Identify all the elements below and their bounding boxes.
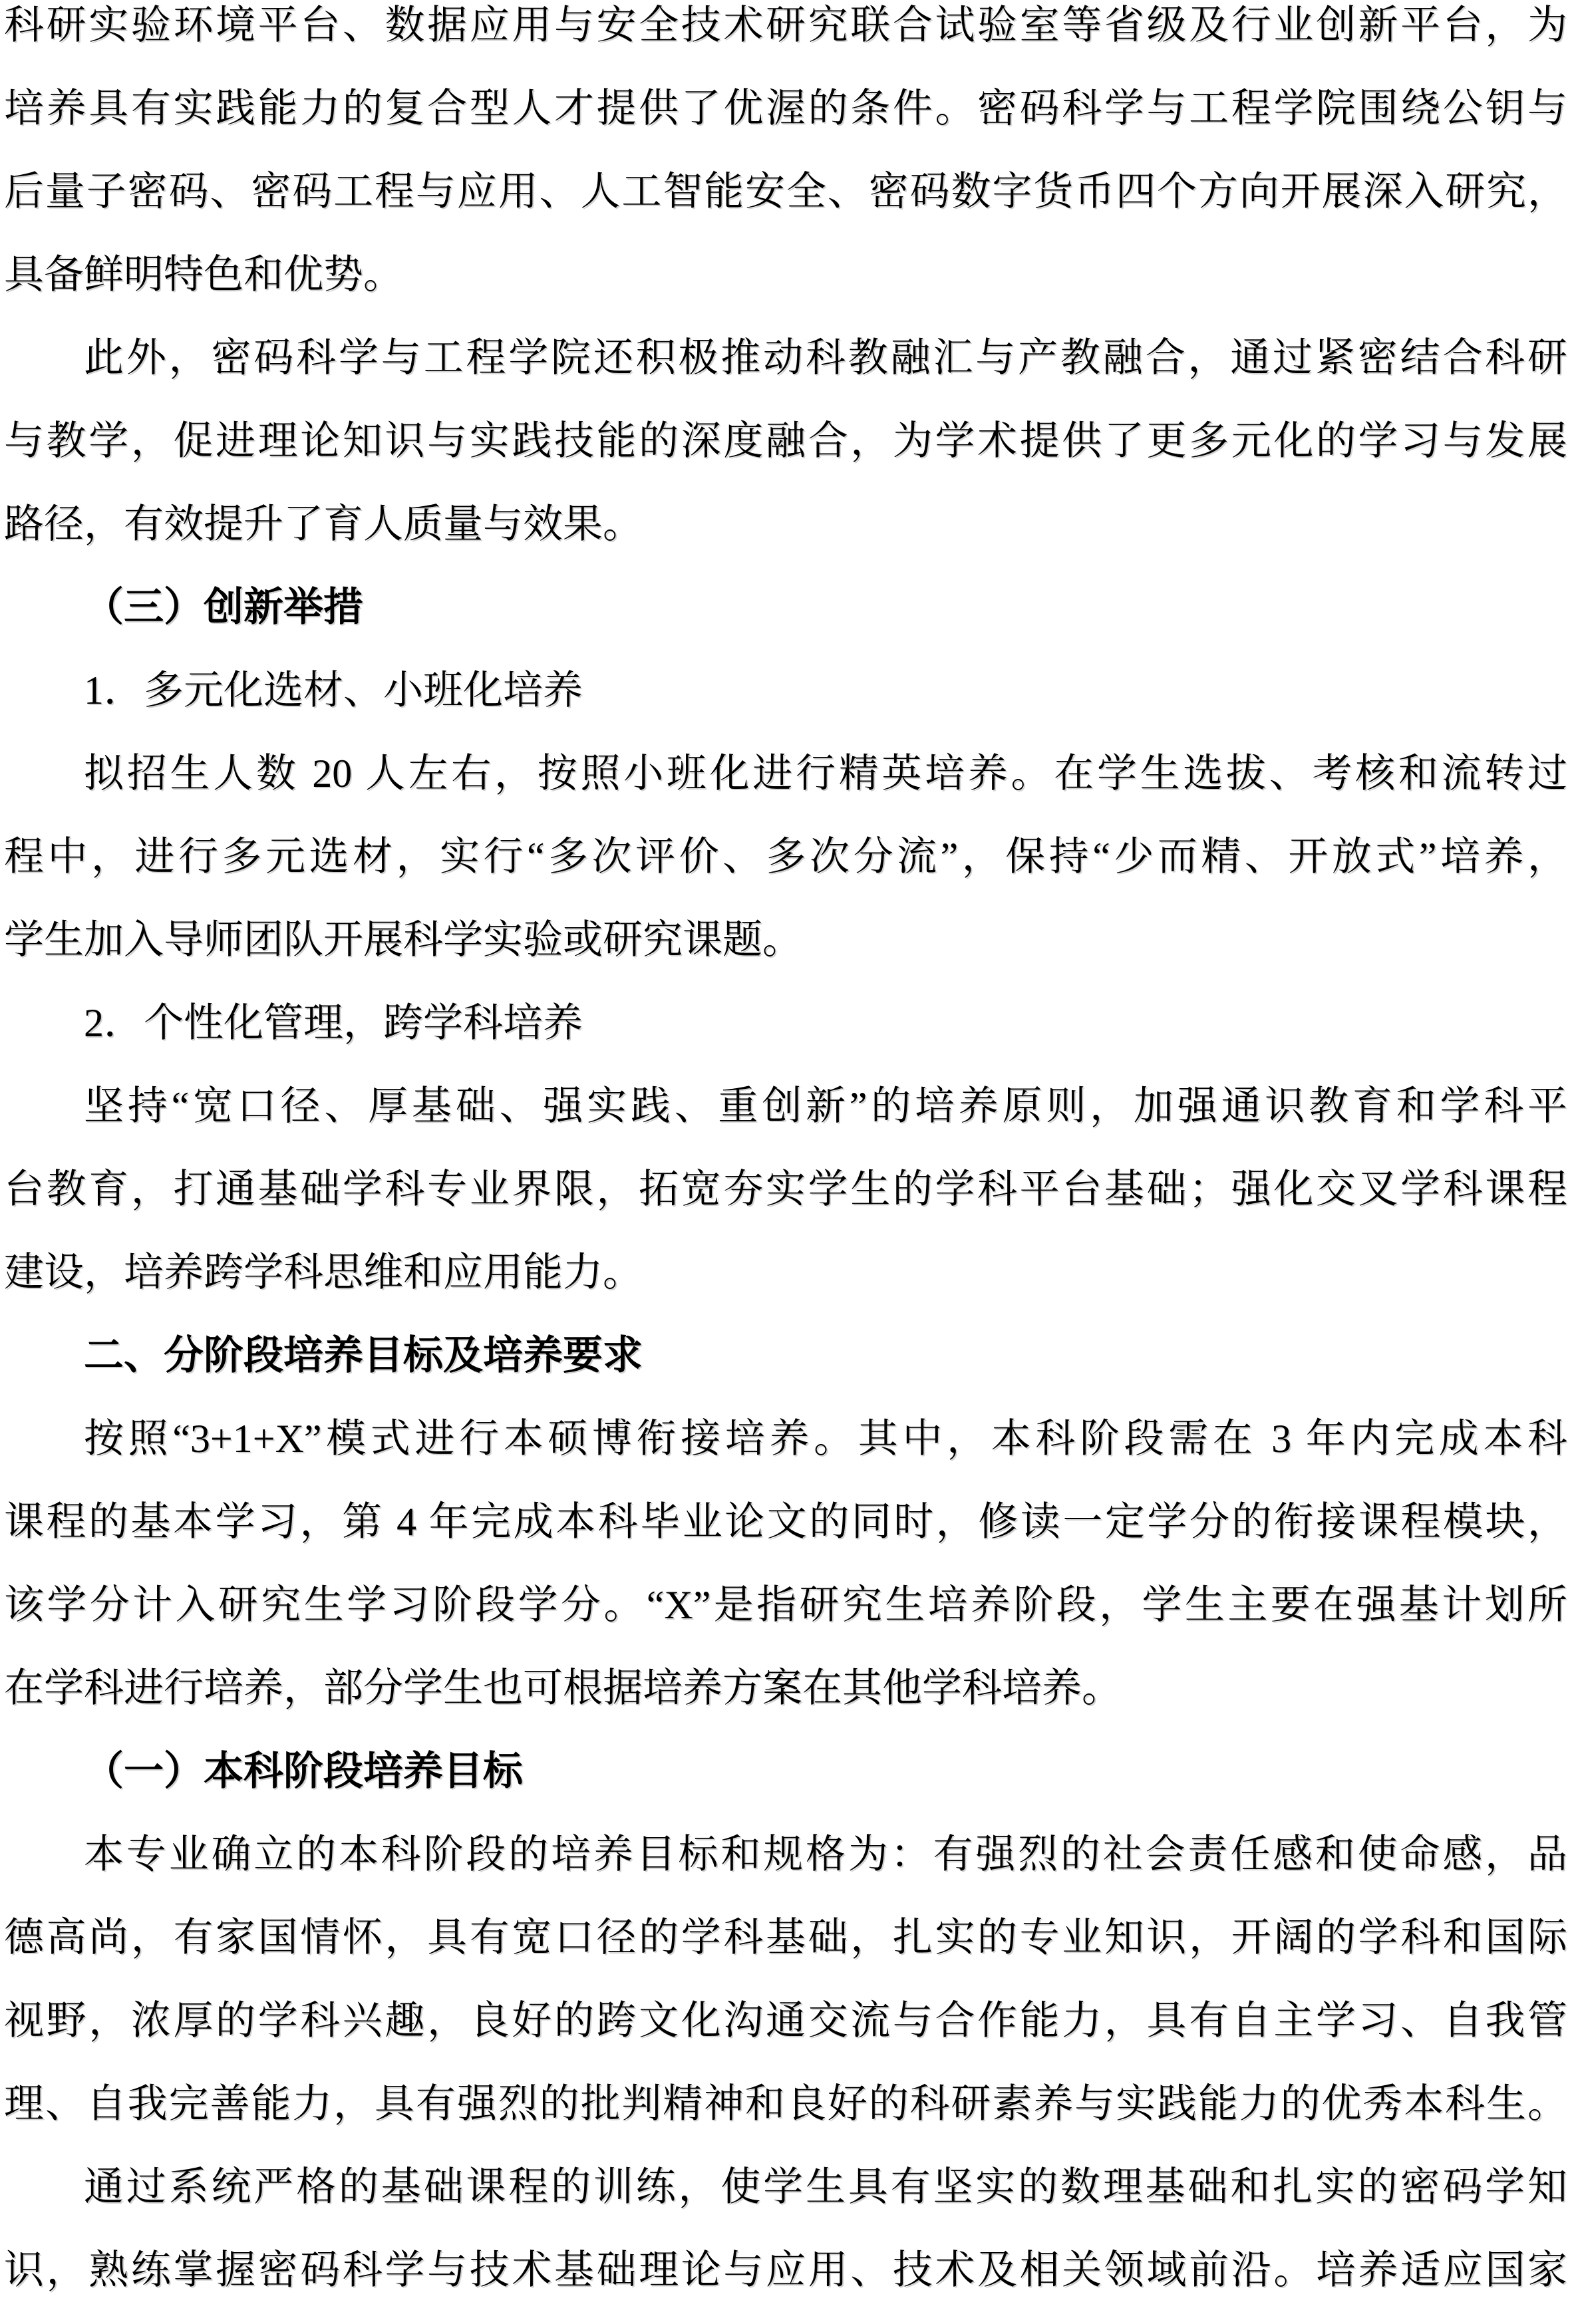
text-line: 坚持“宽口径、厚基础、强实践、重创新”的培养原则，加强通识教育和学科平	[4, 1065, 1567, 1148]
text-line: 学生加入导师团队开展科学实验或研究课题。	[4, 899, 1567, 982]
text-line: 识，熟练掌握密码科学与技术基础理论与应用、技术及相关领域前沿。培养适应国家	[4, 2229, 1567, 2312]
text-line: 台教育，打通基础学科专业界限，拓宽夯实学生的学科平台基础；强化交叉学科课程	[4, 1148, 1567, 1231]
text-line: 通过系统严格的基础课程的训练，使学生具有坚实的数理基础和扎实的密码学知	[4, 2146, 1567, 2229]
document-page: 科研实验环境平台、数据应用与安全技术研究联合试验室等省级及行业创新平台，为培养具…	[0, 0, 1574, 2324]
text-line: 本专业确立的本科阶段的培养目标和规格为：有强烈的社会责任感和使命感，品	[4, 1813, 1567, 1896]
text-line: 后量子密码、密码工程与应用、人工智能安全、密码数字货币四个方向开展深入研究，	[4, 150, 1567, 233]
section-heading: （一）本科阶段培养目标	[4, 1730, 1567, 1813]
text-line: 按照“3+1+X”模式进行本硕博衔接培养。其中，本科阶段需在 3 年内完成本科	[4, 1397, 1567, 1481]
text-line: 视野，浓厚的学科兴趣，良好的跨文化沟通交流与合作能力，具有自主学习、自我管	[4, 1979, 1567, 2063]
text-line: 此外，密码科学与工程学院还积极推动科教融汇与产教融合，通过紧密结合科研	[4, 317, 1567, 400]
text-line: 建设，培养跨学科思维和应用能力。	[4, 1231, 1567, 1314]
text-line: 理、自我完善能力，具有强烈的批判精神和良好的科研素养与实践能力的优秀本科生。	[4, 2063, 1567, 2146]
text-line: 具备鲜明特色和优势。	[4, 233, 1567, 317]
document-body: 科研实验环境平台、数据应用与安全技术研究联合试验室等省级及行业创新平台，为培养具…	[0, 0, 1574, 2312]
text-line: 与教学，促进理论知识与实践技能的深度融合，为学术提供了更多元化的学习与发展	[4, 400, 1567, 483]
text-line: 程中，进行多元选材，实行“多次评价、多次分流”，保持“少而精、开放式”培养，	[4, 815, 1567, 899]
text-line: 2．个性化管理，跨学科培养	[4, 982, 1567, 1065]
text-line: 拟招生人数 20 人左右，按照小班化进行精英培养。在学生选拔、考核和流转过	[4, 732, 1567, 815]
text-line: 科研实验环境平台、数据应用与安全技术研究联合试验室等省级及行业创新平台，为	[4, 0, 1567, 67]
text-line: 课程的基本学习，第 4 年完成本科毕业论文的同时，修读一定学分的衔接课程模块，	[4, 1481, 1567, 1564]
text-line: 路径，有效提升了育人质量与效果。	[4, 483, 1567, 566]
section-heading: （三）创新举措	[4, 566, 1567, 649]
text-line: 1．多元化选材、小班化培养	[4, 649, 1567, 732]
text-line: 在学科进行培养，部分学生也可根据培养方案在其他学科培养。	[4, 1647, 1567, 1730]
text-line: 德高尚，有家国情怀，具有宽口径的学科基础，扎实的专业知识，开阔的学科和国际	[4, 1896, 1567, 1979]
text-line: 该学分计入研究生学习阶段学分。“X”是指研究生培养阶段，学生主要在强基计划所	[4, 1564, 1567, 1647]
section-heading: 二、分阶段培养目标及培养要求	[4, 1314, 1567, 1397]
text-line: 培养具有实践能力的复合型人才提供了优渥的条件。密码科学与工程学院围绕公钥与	[4, 67, 1567, 150]
